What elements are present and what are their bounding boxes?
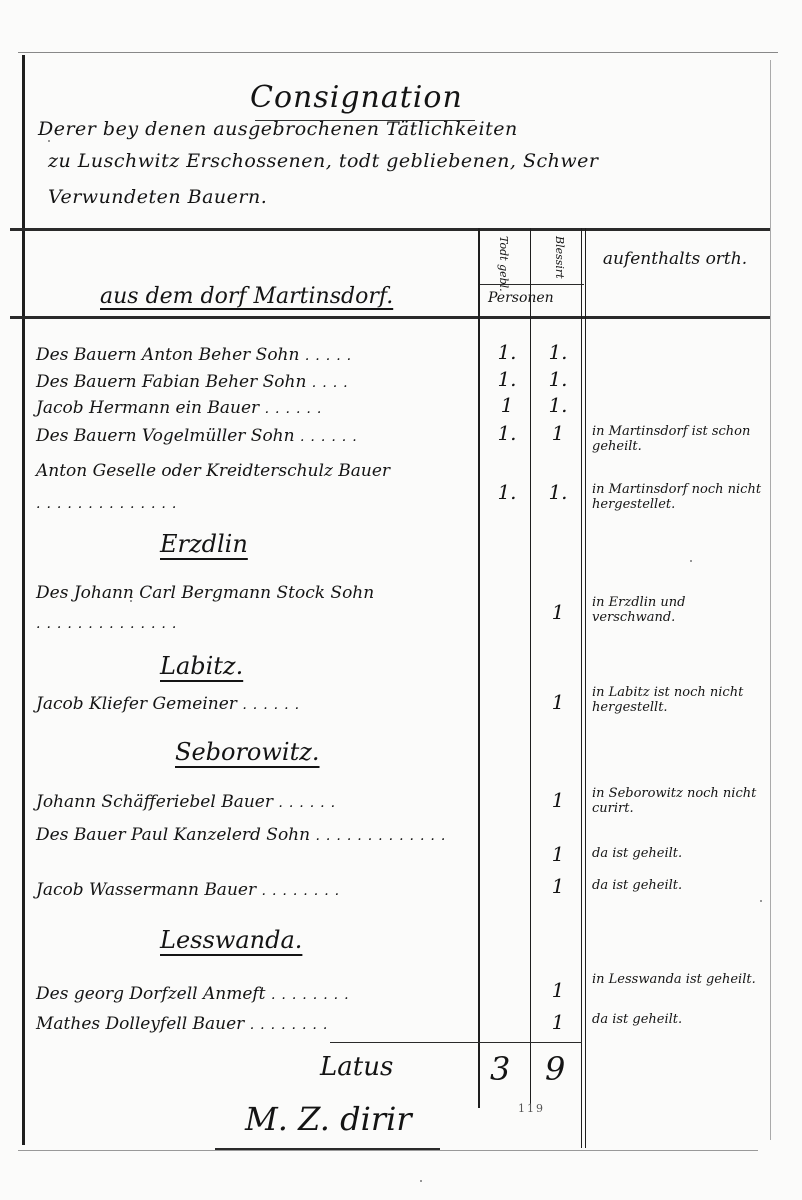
wounded-column-header: Blessirt xyxy=(553,236,566,279)
entry-row: Des Bauern Fabian Beher Sohn .... xyxy=(36,372,354,392)
intro-line-2: zu Luschwitz Erschossenen, todt gebliebe… xyxy=(48,150,598,172)
section-title: Labitz. xyxy=(160,652,243,680)
wounded-count: 1. xyxy=(543,480,573,504)
table-top-rule xyxy=(10,228,770,231)
dead-count: 1 xyxy=(492,393,522,417)
bottom-border xyxy=(18,1150,758,1151)
section-title: Seborowitz. xyxy=(175,738,320,766)
location-note: in Lesswanda ist geheilt. xyxy=(592,972,762,987)
entry-row: Johann Schäfferiebel Bauer ...... xyxy=(36,792,341,812)
location-note: in Erzdlin und verschwand. xyxy=(592,595,762,625)
totals-rule xyxy=(330,1042,582,1043)
persons-group-header: Personen xyxy=(488,290,554,306)
entry-row: Des Bauern Anton Beher Sohn ..... xyxy=(36,345,357,365)
wounded-count: 1 xyxy=(543,690,573,714)
wounded-count: 1. xyxy=(543,367,573,391)
signature: M. Z. dirir xyxy=(245,1100,412,1138)
entry-row: Des georg Dorfzell Anmeft ........ xyxy=(36,984,355,1004)
section-title: Erzdlin xyxy=(160,530,248,558)
location-note: da ist geheilt. xyxy=(592,846,762,861)
page-number: 119 xyxy=(518,1102,545,1115)
location-note: da ist geheilt. xyxy=(592,1012,762,1027)
latus-label: Latus xyxy=(320,1052,393,1082)
wounded-count: 1 xyxy=(543,874,573,898)
table-header-rule xyxy=(10,316,770,319)
entry-row: Anton Geselle oder Kreidterschulz Bauer … xyxy=(36,455,466,520)
dead-count: 1. xyxy=(492,367,522,391)
location-note: in Martinsdorf ist schon geheilt. xyxy=(592,424,762,454)
wounded-count: 1 xyxy=(543,842,573,866)
notes-column-header: aufenthalts orth. xyxy=(600,248,750,270)
col-divider-3b xyxy=(585,228,586,1148)
entry-row: Jacob Kliefer Gemeiner ...... xyxy=(36,694,305,714)
total-dead: 3 xyxy=(490,1050,510,1088)
top-border xyxy=(18,52,778,53)
scan-speck xyxy=(420,1180,422,1182)
intro-line-1: Derer bey denen ausgebrochenen Tätlichke… xyxy=(38,118,518,140)
location-note: in Martinsdorf noch nicht hergestellet. xyxy=(592,482,762,512)
col-divider-1 xyxy=(478,228,480,1108)
entry-row: Jacob Wassermann Bauer ........ xyxy=(36,880,345,900)
scan-speck xyxy=(760,900,762,902)
dead-count: 1. xyxy=(492,480,522,504)
wounded-count: 1 xyxy=(543,421,573,445)
scan-speck xyxy=(690,560,692,562)
right-edge xyxy=(770,60,771,1140)
scan-speck xyxy=(48,140,50,142)
wounded-count: 1 xyxy=(543,978,573,1002)
location-note: da ist geheilt. xyxy=(592,878,762,893)
wounded-count: 1. xyxy=(543,393,573,417)
left-margin-rule xyxy=(22,55,25,1145)
wounded-count: 1 xyxy=(543,1010,573,1034)
entry-row: Des Bauern Vogelmüller Sohn ...... xyxy=(36,426,363,446)
entry-row: Des Bauer Paul Kanzelerd Sohn ..........… xyxy=(36,820,466,851)
wounded-count: 1 xyxy=(543,600,573,624)
document-title: Consignation xyxy=(250,80,463,115)
dead-count: 1. xyxy=(492,340,522,364)
location-note: in Labitz ist noch nicht hergestellt. xyxy=(592,685,762,715)
scan-speck xyxy=(130,600,132,602)
intro-line-3: Verwundeten Bauern. xyxy=(48,186,267,208)
wounded-count: 1 xyxy=(543,788,573,812)
subheader-rule xyxy=(480,284,584,285)
section-title: Lesswanda. xyxy=(160,926,302,954)
entry-row: Mathes Dolleyfell Bauer ........ xyxy=(36,1014,333,1034)
col-divider-2 xyxy=(530,228,531,1108)
location-note: in Seborowitz noch nicht curirt. xyxy=(592,786,762,816)
signature-rule xyxy=(215,1148,440,1150)
entry-row: Jacob Hermann ein Bauer ...... xyxy=(36,398,327,418)
entry-row: Des Johann Carl Bergmann Stock Sohn ....… xyxy=(36,578,466,639)
dead-count: 1. xyxy=(492,421,522,445)
dead-column-header: Todt gebl. xyxy=(497,236,510,292)
col-divider-3a xyxy=(581,228,582,1148)
first-column-header: aus dem dorf Martinsdorf. xyxy=(100,284,393,309)
wounded-count: 1. xyxy=(543,340,573,364)
total-wounded: 9 xyxy=(545,1050,565,1088)
